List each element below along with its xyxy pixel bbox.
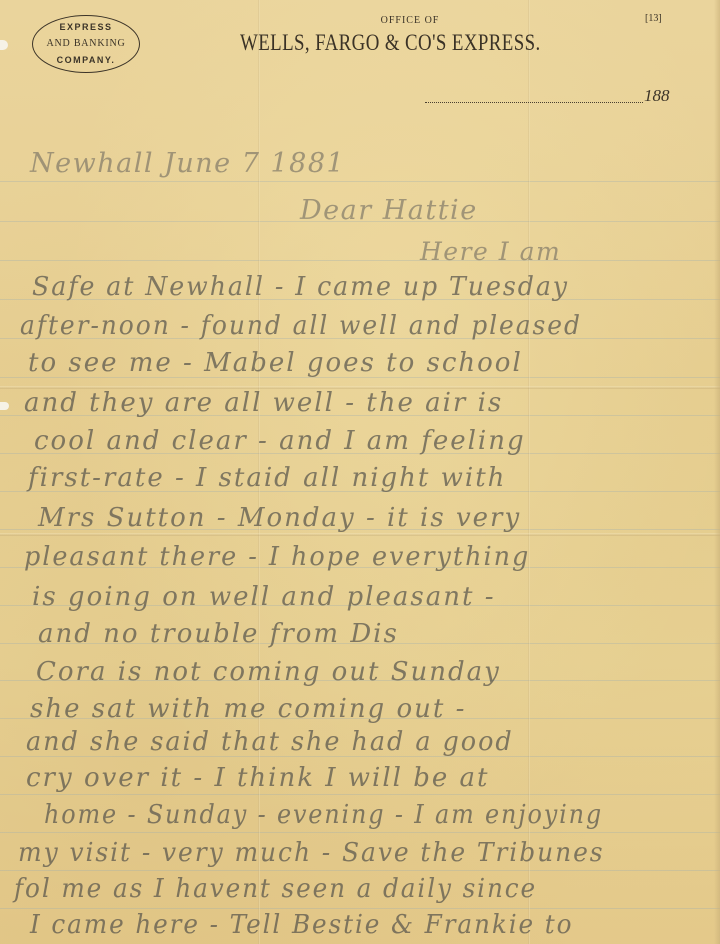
date-line <box>425 102 643 103</box>
paper-tear <box>0 402 9 410</box>
body-line: Mrs Sutton - Monday - it is very <box>38 503 521 533</box>
body-line: first-rate - I staid all night with <box>28 463 506 493</box>
body-line: Safe at Newhall - I came up Tuesday <box>32 272 569 302</box>
company-name: WELLS, FARGO & CO'S EXPRESS. <box>240 30 531 56</box>
opening-line: Here I am <box>420 237 561 266</box>
body-line: my visit - very much - Save the Tribunes <box>18 838 605 868</box>
place-date: Newhall June 7 1881 <box>30 148 345 179</box>
body-line: after-noon - found all well and pleased <box>20 311 582 341</box>
paper-edge <box>714 0 720 944</box>
body-line: she sat with me coming out - <box>30 694 466 724</box>
body-line: to see me - Mabel goes to school <box>28 348 523 378</box>
body-line: I came here - Tell Bestie & Frankie to <box>30 910 573 940</box>
body-line: home - Sunday - evening - I am enjoying <box>44 800 603 830</box>
body-line: cry over it - I think I will be at <box>26 763 490 793</box>
body-line: fol me as I havent seen a daily since <box>14 874 537 904</box>
paper-tear <box>0 40 8 50</box>
body-line: Cora is not coming out Sunday <box>36 657 501 687</box>
fold-crease-horizontal <box>0 533 720 536</box>
body-line: cool and clear - and I am feeling <box>34 426 526 456</box>
salutation: Dear Hattie <box>300 195 478 226</box>
page-number: [13] <box>645 13 662 24</box>
body-line: and she said that she had a good <box>26 727 514 757</box>
letter-page: EXPRESS AND BANKING COMPANY. OFFICE OF W… <box>0 0 720 944</box>
body-line: and they are all well - the air is <box>24 388 503 418</box>
body-line: pleasant there - I hope everything <box>24 542 530 572</box>
body-line: and no trouble from Dis <box>38 619 399 649</box>
stamp-bottom-text: COMPANY. <box>33 55 139 65</box>
office-of-label: OFFICE OF <box>0 15 720 26</box>
date-year-printed: 188 <box>644 86 670 106</box>
body-line: is going on well and pleasant - <box>32 582 495 612</box>
stamp-middle-text: AND BANKING <box>33 38 139 49</box>
